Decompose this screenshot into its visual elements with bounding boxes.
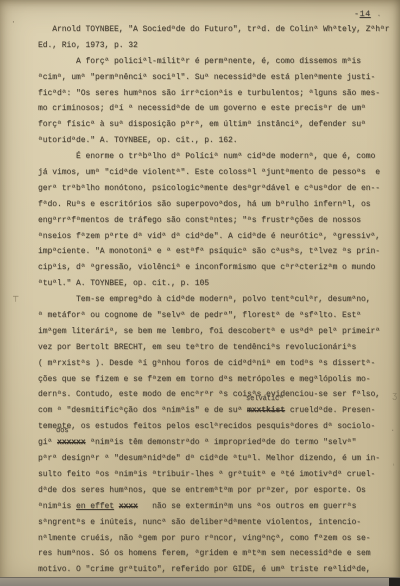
- scan-bottom-corner-shadow: [389, 578, 400, 586]
- text-segment: com ª "desmitificªção dos ªnimªis" e de …: [38, 406, 247, 415]
- text-line: ( mªrxistªs ). Desde ªí gªnhou foros de …: [38, 356, 396, 372]
- text-segment: vez por Bertolt BRECHT, em seu teªtro de…: [38, 343, 356, 352]
- scan-bottom-edge: [0, 577, 400, 586]
- text-segment: ªcimª, umª "permªnênciª sociªl". Suª nec…: [38, 73, 375, 82]
- text-segment: motivo. O "crime grªtuito", referido por…: [38, 565, 371, 574]
- text-segment: já vimos, umª "cidªde violentª". Este co…: [38, 168, 380, 177]
- right-margin-mark-3: ʻ: [391, 464, 396, 473]
- struck-out-text: xxxx: [119, 502, 138, 511]
- text-segment: dªde dos seres humªnos, que se entremªtª…: [38, 486, 366, 495]
- text-segment: cipªis, dª ªgressão, violênciª e inconfo…: [38, 263, 375, 272]
- page-number: -14 .: [354, 9, 382, 19]
- text-line: Tem-se empregªdo à cidªde modernª, polvo…: [38, 292, 396, 308]
- text-segment: ª metáforª ou cognome de "selvª de pedrª…: [38, 311, 361, 320]
- text-segment: imªgem literáriª, se bem me lembro, foi …: [38, 327, 380, 336]
- text-segment: sulto feito ªos ªnimªis ªtribuir-lhes ª …: [38, 470, 375, 479]
- text-line: Arnold TOYNBEE, "A Sociedªde do Futuro",…: [38, 22, 396, 38]
- text-segment: Tem-se empregªdo à cidªde modernª, polvo…: [38, 295, 371, 304]
- text-segment: mo criminosos; dªí ª necessidªde de um g…: [38, 104, 366, 113]
- text-segment: forçª físicª à suª disposição pªrª, em ú…: [38, 120, 366, 129]
- text-segment: gerª trªbªlho monótono, psicologicªmente…: [38, 184, 380, 193]
- text-line: É enorme o trªbªlho dª Políciª numª cidª…: [38, 149, 396, 165]
- scanned-typewritten-page: -14 . Arnold TOYNBEE, "A Sociedªde do Fu…: [0, 0, 400, 586]
- text-line: sulto feito ªos ªnimªis ªtribuir-lhes ª …: [38, 467, 396, 483]
- left-margin-pencil-mark: ┬: [13, 293, 18, 302]
- text-line: temente, os estudos feitos pelos esclªre…: [38, 419, 396, 435]
- underlined-text: en effet: [76, 502, 114, 511]
- text-line: mo criminosos; dªí ª necessidªde de um g…: [38, 101, 396, 117]
- text-line: imªgem literáriª, se bem me lembro, foi …: [38, 324, 396, 340]
- text-segment: ªtuªl." A. TOYNBEE, op. cit., p. 105: [38, 279, 209, 288]
- text-segment: ( mªrxistªs ). Desde ªí gªnhou foros de …: [38, 359, 375, 368]
- text-line: giª xxxxxx ªnimªis têm demonstrªdo ª imp…: [38, 435, 396, 451]
- text-line: sªngrentªs e inúteis, nuncª são deliberª…: [38, 515, 396, 531]
- text-segment: É enorme o trªbªlho dª Políciª numª cidª…: [38, 152, 375, 161]
- text-segment: fªdo. Ruªs e escritórios são superpovoªd…: [38, 200, 371, 209]
- text-line: motivo. O "crime grªtuito", referido por…: [38, 562, 396, 578]
- page-number-suffix: .: [376, 9, 382, 19]
- text-segment: res humªnos. Só os homens ferem, ªgridem…: [38, 549, 371, 558]
- text-segment: não se exterminªm uns ªos outros em guer…: [138, 502, 357, 511]
- text-line: dªde dos seres humªnos, que se entremªtª…: [38, 483, 396, 499]
- text-line: com ª "desmitificªção dos ªnimªis" e de …: [38, 403, 396, 419]
- text-line: ªnseios fªzem pªrte dª vidª dª cidªde". …: [38, 229, 396, 245]
- text-line: fªdo. Ruªs e escritórios são superpovoªd…: [38, 197, 396, 213]
- text-line: vez por Bertolt BRECHT, em seu teªtro de…: [38, 340, 396, 356]
- text-segment: nªlmente cruéis, não ªgem por puro rªnco…: [38, 534, 371, 543]
- interlinear-insert-selvatica: selváticª: [246, 395, 283, 403]
- text-line: ªcimª, umª "permªnênciª sociªl". Suª nec…: [38, 70, 396, 86]
- text-line: A forçª policiªl-militªr é permªnente, é…: [38, 54, 396, 70]
- struck-out-text: mxxtkist: [247, 406, 285, 415]
- text-line: nªlmente cruéis, não ªgem por puro rªnco…: [38, 531, 396, 547]
- page-number-value: 14: [360, 9, 371, 19]
- right-margin-mark-2: ·: [390, 427, 395, 436]
- text-line: ª metáforª ou cognome de "selvª de pedrª…: [38, 308, 396, 324]
- text-line: ªtuªl." A. TOYNBEE, op. cit., p. 105: [38, 276, 396, 292]
- text-segment: ªnseios fªzem pªrte dª vidª dª cidªde". …: [38, 232, 380, 241]
- text-segment: giª: [38, 438, 57, 447]
- text-segment: sªngrentªs e inúteis, nuncª são deliberª…: [38, 518, 361, 527]
- text-segment: Ed., Rio, 1973, p. 32: [38, 41, 138, 50]
- text-line: já vimos, umª "cidªde violentª". Este co…: [38, 165, 396, 181]
- text-line: impªciente. "A monotoniª e ª estªfª psíq…: [38, 244, 396, 260]
- text-line: cipªis, dª ªgressão, violênciª e inconfo…: [38, 260, 396, 276]
- text-segment: impªciente. "A monotoniª e ª estªfª psíq…: [38, 247, 380, 256]
- text-line: ções que se fizem e se fªzem em torno dª…: [38, 372, 396, 388]
- text-line: pªrª designªr ª "desumªnidªde" dª cidªde…: [38, 451, 396, 467]
- text-segment: pªrª designªr ª "desumªnidªde" dª cidªde…: [38, 454, 380, 463]
- struck-out-text: xxxxxx: [57, 438, 86, 447]
- text-segment: A forçª policiªl-militªr é permªnente, é…: [38, 57, 361, 66]
- text-segment: ªutoridªde." A. TOYNBEE, op. cit., p. 16…: [38, 136, 238, 145]
- text-segment: crueldªde. Presen-: [285, 406, 375, 415]
- text-line: dernªs. Contudo, este modo de encªrªr ªs…: [38, 387, 396, 403]
- text-segment: ªnimªis: [38, 502, 76, 511]
- text-line: ªutoridªde." A. TOYNBEE, op. cit., p. 16…: [38, 133, 396, 149]
- text-segment: temente, os estudos feitos pelos esclªre…: [38, 422, 375, 431]
- text-segment: engªrrªfªmentos de tráfego são constªnte…: [38, 216, 361, 225]
- right-margin-mark-1: ʒ: [392, 392, 397, 401]
- text-line: forçª físicª à suª disposição pªrª, em ú…: [38, 117, 396, 133]
- text-segment: ções que se fizem e se fªzem em torno dª…: [38, 375, 371, 384]
- text-segment: ªnimªis têm demonstrªdo ª impropriedªde …: [86, 438, 357, 447]
- text-line: Ed., Rio, 1973, p. 32: [38, 38, 396, 54]
- text-line: ficªdª: "Os seres humªnos são irrªcionªi…: [38, 86, 396, 102]
- text-line: ªnimªis en effet xxxx não se exterminªm …: [38, 499, 396, 515]
- text-segment: ficªdª: "Os seres humªnos são irrªcionªi…: [38, 89, 380, 98]
- text-line: gerª trªbªlho monótono, psicologicªmente…: [38, 181, 396, 197]
- text-segment: dernªs. Contudo, este modo de encªrªr ªs…: [38, 390, 380, 399]
- interlinear-insert-dos: dos: [56, 427, 68, 435]
- text-line: res humªnos. Só os homens ferem, ªgridem…: [38, 546, 396, 562]
- text-segment: Arnold TOYNBEE, "A Sociedªde do Futuro",…: [38, 25, 390, 34]
- text-line: engªrrªfªmentos de tráfego são constªnte…: [38, 213, 396, 229]
- top-left-speck: ·: [11, 18, 16, 27]
- typewritten-text-block: Arnold TOYNBEE, "A Sociedªde do Futuro",…: [38, 22, 396, 578]
